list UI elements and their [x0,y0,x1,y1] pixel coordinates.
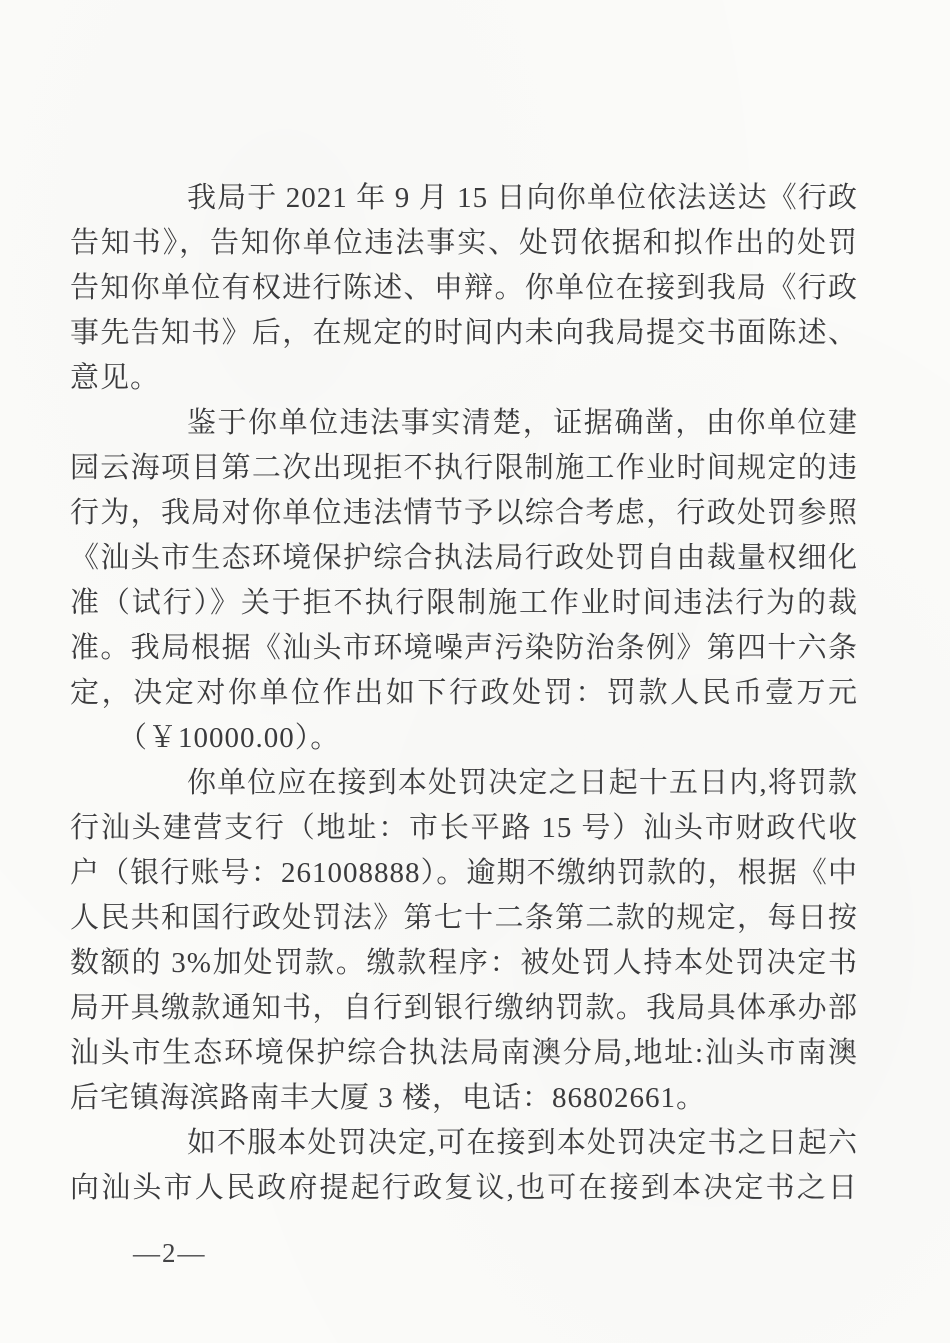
text-line: 园云海项目第二次出现拒不执行限制施工作业时间规定的违法 [70,446,858,491]
scanned-page: 我局于 2021 年 9 月 15 日向你单位依法送达《行政处罚事先 告知书》，… [0,0,950,1343]
text-line: 后宅镇海滨路南丰大厦 3 楼，电话：86802661。 [70,1076,858,1121]
paragraph-appeal-rights: 如不服本处罚决定,可在接到本处罚决定书之日起六十日内 向汕头市人民政府提起行政复… [70,1121,858,1211]
text-line: 准（试行）》关于拒不执行限制施工作业时间违法行为的裁量标 [70,581,858,626]
text-line: 你单位应在接到本处罚决定之日起十五日内,将罚款缴至建 [70,761,858,806]
text-line: 准。我局根据《汕头市环境噪声污染防治条例》第四十六条的规 [70,626,858,671]
text-line: 事先告知书》后，在规定的时间内未向我局提交书面陈述、申辩 [70,311,858,356]
text-line: 《汕头市生态环境保护综合执法局行政处罚自由裁量权细化标 [70,536,858,581]
text-line: 数额的 3%加处罚款。缴款程序：被处罚人持本处罚决定书到我 [70,941,858,986]
text-line: 行为，我局对你单位违法情节予以综合考虑，行政处罚参照执行 [70,491,858,536]
text-line: 局开具缴款通知书，自行到银行缴纳罚款。我局具体承办部门： [70,986,858,1031]
text-line: 人民共和国行政处罚法》第七十二条第二款的规定，每日按罚款 [70,896,858,941]
text-line: 告知书》，告知你单位违法事实、处罚依据和拟作出的处罚决定， [70,221,858,266]
text-line: 如不服本处罚决定,可在接到本处罚决定书之日起六十日内 [70,1121,858,1166]
paragraph-penalty-decision: 鉴于你单位违法事实清楚，证据确凿，由你单位建设的碧桂 园云海项目第二次出现拒不执… [70,401,858,761]
paragraph-payment-instructions: 你单位应在接到本处罚决定之日起十五日内,将罚款缴至建 行汕头建营支行（地址：市长… [70,761,858,1121]
text-line: 汕头市生态环境保护综合执法局南澳分局,地址:汕头市南澳县 [70,1031,858,1076]
text-line: 告知你单位有权进行陈述、申辩。你单位在接到我局《行政处罚 [70,266,858,311]
page-number: —2— [133,1238,207,1269]
text-line: 行汕头建营支行（地址：市长平路 15 号）汕头市财政代收款专 [70,806,858,851]
text-line: 向汕头市人民政府提起行政复议,也可在接到本决定书之日起六 [70,1166,858,1211]
document-body: 我局于 2021 年 9 月 15 日向你单位依法送达《行政处罚事先 告知书》，… [70,176,858,1211]
text-line: 鉴于你单位违法事实清楚，证据确凿，由你单位建设的碧桂 [70,401,858,446]
fine-amount-line: （￥10000.00）。 [70,716,858,761]
text-line: 定，决定对你单位作出如下行政处罚：罚款人民币壹万元 [70,671,858,716]
text-line: 户（银行账号：261008888）。逾期不缴纳罚款的，根据《中华 [70,851,858,896]
paragraph-service-of-prior-notice: 我局于 2021 年 9 月 15 日向你单位依法送达《行政处罚事先 告知书》，… [70,176,858,401]
text-line: 我局于 2021 年 9 月 15 日向你单位依法送达《行政处罚事先 [70,176,858,221]
text-line: 意见。 [70,356,858,401]
